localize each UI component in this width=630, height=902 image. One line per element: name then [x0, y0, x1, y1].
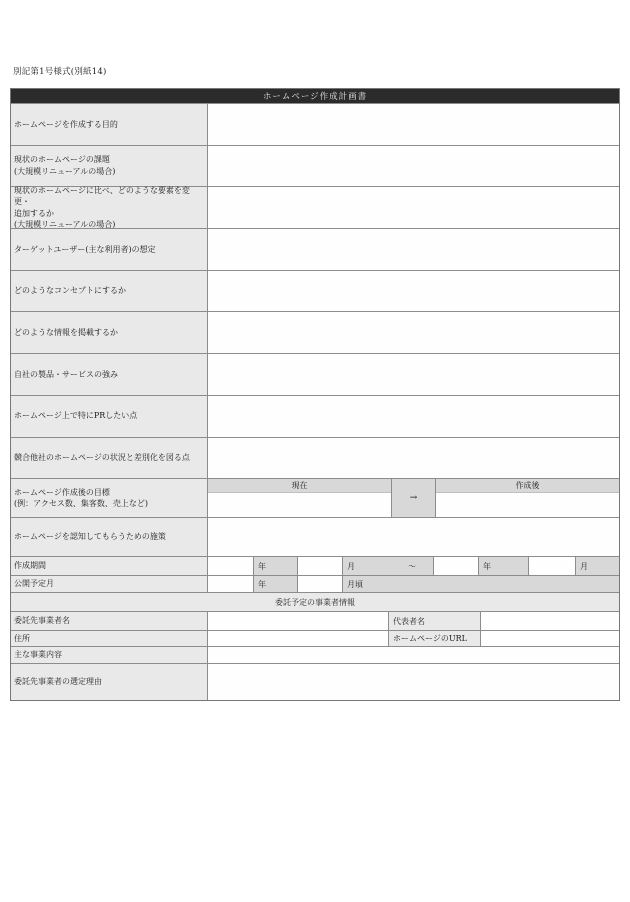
row-awareness: ホームページを認知してもらうための施策 [11, 517, 619, 556]
vendor-name-input [207, 612, 388, 630]
goals-current-column: 現在 [208, 479, 391, 517]
main-business-input [207, 647, 619, 663]
field-label-strengths: 自社の製品・サービスの強み [11, 354, 207, 395]
field-input-competitors [207, 438, 619, 479]
field-label-purpose: ホームページを作成する目的 [11, 104, 207, 145]
row-competitors: 競合他社のホームページの状況と差別化を図る点 [11, 437, 619, 479]
row-changes: 現状のホームページに比べ、どのような要素を変更・ 追加するか (大規模リニューア… [11, 186, 619, 228]
field-label-rep-name: 代表者名 [388, 612, 480, 630]
row-target-users: ターゲットユーザー(主な利用者)の想定 [11, 228, 619, 270]
form-title-bar: ホームページ作成計画書 [11, 89, 619, 103]
field-label-issues: 現状のホームページの課題 (大規模リニューアルの場合) [11, 146, 207, 187]
field-input-strengths [207, 354, 619, 395]
field-label-creation-period: 作成期間 [11, 557, 207, 575]
field-label-competitors: 競合他社のホームページの状況と差別化を図る点 [11, 438, 207, 479]
field-label-changes: 現状のホームページに比べ、どのような要素を変更・ 追加するか (大規模リニューア… [11, 187, 207, 228]
field-label-address: 住所 [11, 631, 207, 646]
vendor-section-title: 委託予定の事業者情報 [275, 597, 355, 608]
goals-after-header: 作成後 [436, 479, 619, 493]
field-input-information [207, 312, 619, 353]
launch-year-unit: 年 [253, 576, 297, 592]
period-tilde: ～ [390, 557, 433, 575]
row-pr-points: ホームページ上で特にPRしたい点 [11, 395, 619, 437]
field-label-vendor-name: 委託先事業者名 [11, 612, 207, 630]
vendor-section-header: 委託予定の事業者情報 [11, 592, 619, 611]
row-launch-month: 公開予定月 年 月頃 [11, 575, 619, 592]
field-label-information: どのような情報を掲載するか [11, 312, 207, 353]
field-label-concept: どのようなコンセプトにするか [11, 271, 207, 312]
row-main-business: 主な事業内容 [11, 646, 619, 663]
row-concept: どのようなコンセプトにするか [11, 270, 619, 312]
field-input-pr-points [207, 396, 619, 437]
period-year2-unit: 年 [478, 557, 528, 575]
period-month1-unit: 月 [342, 557, 390, 575]
field-input-changes [207, 187, 619, 228]
field-input-concept [207, 271, 619, 312]
address-input [207, 631, 388, 646]
period-month2-unit: 月 [575, 557, 619, 575]
period-year1-input [207, 557, 253, 575]
row-goals: ホームページ作成後の目標 (例：アクセス数、集客数、売上など) 現在 → 作成後 [11, 478, 619, 517]
field-input-awareness [207, 518, 619, 556]
goals-after-input [436, 493, 619, 517]
homepage-url-input [480, 631, 619, 646]
field-label-homepage-url: ホームページのURL [388, 631, 480, 646]
form-number-note: 別記第1号様式(別紙14) [13, 65, 106, 77]
row-creation-period: 作成期間 年 月 ～ 年 月 [11, 556, 619, 575]
field-label-launch-month: 公開予定月 [11, 576, 207, 592]
period-month1-input [297, 557, 342, 575]
row-address: 住所 ホームページのURL [11, 630, 619, 646]
form-title: ホームページ作成計画書 [263, 90, 367, 102]
launch-month-unit: 月頃 [342, 576, 619, 592]
field-label-target-users: ターゲットユーザー(主な利用者)の想定 [11, 229, 207, 270]
field-label-goals: ホームページ作成後の目標 (例：アクセス数、集客数、売上など) [11, 479, 207, 517]
goals-subtable: 現在 → 作成後 [207, 479, 619, 517]
row-selection-reason: 委託先事業者の選定理由 [11, 663, 619, 700]
field-input-issues [207, 146, 619, 187]
field-input-target-users [207, 229, 619, 270]
homepage-plan-form: ホームページ作成計画書 ホームページを作成する目的 現状のホームページの課題 (… [10, 88, 620, 701]
row-strengths: 自社の製品・サービスの強み [11, 353, 619, 395]
launch-month-input [297, 576, 342, 592]
goals-arrow-cell: → [391, 479, 436, 517]
field-label-pr-points: ホームページ上で特にPRしたい点 [11, 396, 207, 437]
selection-reason-input [207, 664, 619, 700]
rep-name-input [480, 612, 619, 630]
field-label-selection-reason: 委託先事業者の選定理由 [11, 664, 207, 700]
row-vendor-name: 委託先事業者名 代表者名 [11, 611, 619, 630]
field-input-purpose [207, 104, 619, 145]
goals-current-header: 現在 [208, 479, 391, 493]
goals-current-input [208, 493, 391, 517]
row-purpose: ホームページを作成する目的 [11, 103, 619, 145]
period-year1-unit: 年 [253, 557, 297, 575]
field-label-awareness: ホームページを認知してもらうための施策 [11, 518, 207, 556]
row-information: どのような情報を掲載するか [11, 311, 619, 353]
launch-year-input [207, 576, 253, 592]
period-month2-input [528, 557, 575, 575]
right-arrow-icon: → [410, 493, 418, 503]
document-page: 別記第1号様式(別紙14) ホームページ作成計画書 ホームページを作成する目的 … [0, 0, 630, 902]
field-label-main-business: 主な事業内容 [11, 647, 207, 663]
row-issues: 現状のホームページの課題 (大規模リニューアルの場合) [11, 145, 619, 187]
goals-after-column: 作成後 [436, 479, 619, 517]
period-year2-input [433, 557, 478, 575]
